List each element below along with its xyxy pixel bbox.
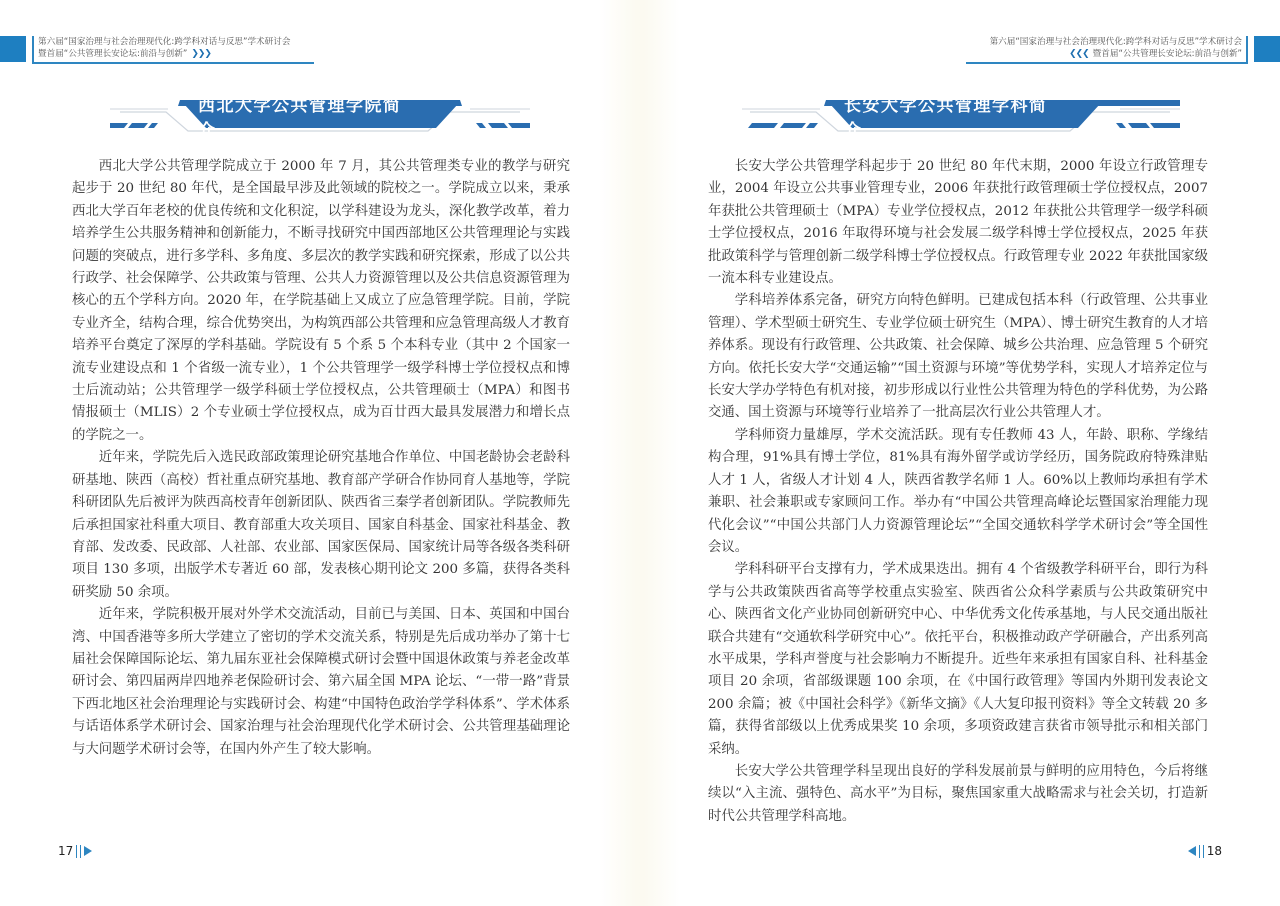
page-number-text: 17 [58, 844, 73, 858]
paragraph: 近年来，学院先后入选民政部政策理论研究基地合作单位、中国老龄协会老龄科研基地、陕… [72, 447, 570, 604]
triangle-left-icon [1188, 846, 1196, 856]
book-gutter [600, 0, 680, 906]
section-title: 西北大学公共管理学院简介 [198, 102, 408, 130]
article-body: 西北大学公共管理学院成立于 2000 年 7 月，其公共管理类专业的教学与研究起… [72, 156, 570, 761]
header-frame: 第六届“国家治理与社会治理现代化:跨学科对话与反思”学术研讨会 暨首届“公共管理… [32, 36, 314, 64]
paragraph: 西北大学公共管理学院成立于 2000 年 7 月，其公共管理类专业的教学与研究起… [72, 156, 570, 447]
section-title-banner: 长安大学公共管理学科简介 [730, 98, 1180, 136]
paragraph: 长安大学公共管理学科起步于 20 世纪 80 年代末期，2000 年设立行政管理… [708, 156, 1208, 290]
header-color-block [1254, 36, 1280, 62]
header-line-2-text: 暨首届“公共管理长安论坛:前沿与创新” [1093, 49, 1242, 59]
double-bar-icon [1199, 845, 1204, 858]
header-line-2: ❮❮❮暨首届“公共管理长安论坛:前沿与创新” [966, 48, 1242, 60]
paragraph: 近年来，学院积极开展对外学术交流活动，目前已与美国、日本、英国和中国台湾、中国香… [72, 604, 570, 761]
paragraph: 长安大学公共管理学科呈现出良好的学科发展前景与鲜明的应用特色，今后将继续以“入主… [708, 761, 1208, 828]
paragraph: 学科培养体系完备，研究方向特色鲜明。已建成包括本科（行政管理、公共事业管理）、学… [708, 290, 1208, 424]
header-line-2: 暨首届“公共管理长安论坛:前沿与创新”❯❯❯ [38, 48, 314, 60]
book-spread: 第六届“国家治理与社会治理现代化:跨学科对话与反思”学术研讨会 暨首届“公共管理… [0, 0, 1280, 906]
header-color-block [0, 36, 26, 62]
right-page: 第六届“国家治理与社会治理现代化:跨学科对话与反思”学术研讨会 ❮❮❮暨首届“公… [640, 0, 1280, 906]
double-bar-icon [76, 845, 81, 858]
section-title-banner: 西北大学公共管理学院简介 [110, 98, 530, 136]
header-line-2-text: 暨首届“公共管理长安论坛:前沿与创新” [38, 49, 187, 59]
section-title: 长安大学公共管理学科简介 [844, 102, 1054, 130]
header-line-1: 第六届“国家治理与社会治理现代化:跨学科对话与反思”学术研讨会 [966, 36, 1242, 48]
paragraph: 学科师资力量雄厚，学术交流活跃。现有专任教师 43 人，年龄、职称、学缘结构合理… [708, 425, 1208, 559]
page-number-text: 18 [1207, 844, 1222, 858]
chevron-right-icon: ❯❯❯ [191, 49, 211, 59]
triangle-right-icon [84, 846, 92, 856]
paragraph: 学科科研平台支撑有力，学术成果迭出。拥有 4 个省级教学科研平台，即行为科学与公… [708, 559, 1208, 761]
page-number: 17 [58, 844, 92, 858]
article-body: 长安大学公共管理学科起步于 20 世纪 80 年代末期，2000 年设立行政管理… [708, 156, 1208, 828]
left-page: 第六届“国家治理与社会治理现代化:跨学科对话与反思”学术研讨会 暨首届“公共管理… [0, 0, 640, 906]
header-frame: 第六届“国家治理与社会治理现代化:跨学科对话与反思”学术研讨会 ❮❮❮暨首届“公… [966, 36, 1248, 64]
page-number: 18 [1188, 844, 1222, 858]
running-header: 第六届“国家治理与社会治理现代化:跨学科对话与反思”学术研讨会 暨首届“公共管理… [0, 36, 320, 62]
running-header: 第六届“国家治理与社会治理现代化:跨学科对话与反思”学术研讨会 ❮❮❮暨首届“公… [960, 36, 1280, 62]
chevron-left-icon: ❮❮❮ [1069, 49, 1089, 59]
header-line-1: 第六届“国家治理与社会治理现代化:跨学科对话与反思”学术研讨会 [38, 36, 314, 48]
